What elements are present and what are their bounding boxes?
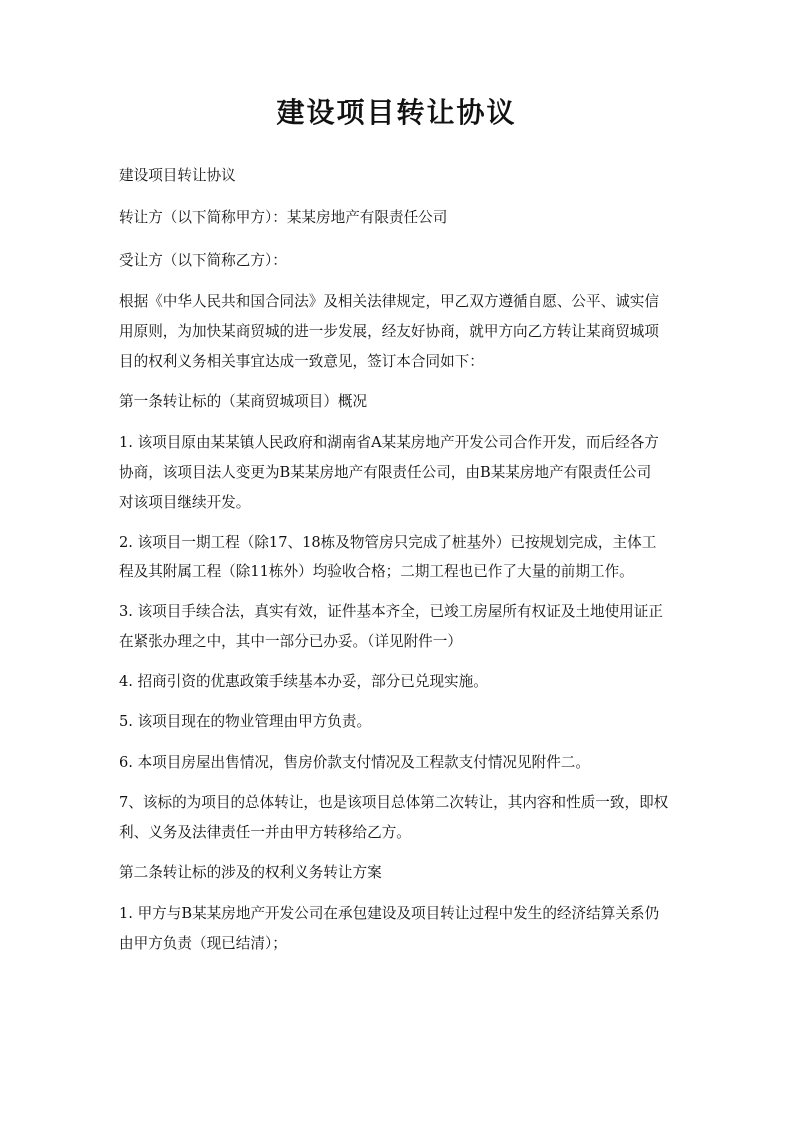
paragraph-line: 由甲方负责（现已结清）； [119,934,287,954]
paragraph-line: 对该项目继续开发。 [119,493,250,513]
paragraph-line: 6. 本项目房屋出售情况，售房价款支付情况及工程款支付情况见附件二。 [119,753,590,773]
paragraph-line: 利、义务及法律责任一并由甲方转移给乙方。 [119,823,411,843]
paragraph-line: 建设项目转让协议 [119,166,236,186]
paragraph-line: 第二条转让标的涉及的权利义务转让方案 [119,863,382,883]
paragraph-line: 3. 该项目手续合法，真实有效，证件基本齐全，已竣工房屋所有权证及土地使用证正 [119,602,663,622]
document-page: 建设项目转让协议 建设项目转让协议转让方（以下简称甲方）：某某房地产有限责任公司… [0,0,793,1122]
paragraph-line: 转让方（以下简称甲方）：某某房地产有限责任公司 [119,208,447,228]
paragraph-line: 1. 该项目原由某某镇人民政府和湖南省A某某房地产开发公司合作开发，而后经各方 [119,433,659,453]
paragraph-line: 受让方（以下简称乙方）： [119,251,287,271]
paragraph-line: 在紧张办理之中，其中一部分已办妥。（详见附件一） [119,632,462,652]
document-title: 建设项目转让协议 [0,93,793,133]
paragraph-line: 7、该标的为项目的总体转让，也是该项目总体第二次转让，其内容和性质一致，即权 [119,793,668,813]
paragraph-line: 程及其附属工程（除11栋外）均验收合格；二期工程也已作了大量的前期工作。 [119,562,634,582]
paragraph-line: 4. 招商引资的优惠政策手续基本办妥，部分已兑现实施。 [119,672,488,692]
paragraph-line: 根据《中华人民共和国合同法》及相关法律规定，甲乙双方遵循自愿、公平、诚实信 [119,292,659,312]
paragraph-line: 用原则，为加快某商贸城的进一步发展，经友好协商，就甲方向乙方转让某商贸城项 [119,322,659,342]
paragraph-line: 第一条转让标的（某商贸城项目）概况 [119,392,367,412]
paragraph-line: 协商，该项目法人变更为B某某房地产有限责任公司，由B某某房地产有限责任公司 [119,463,651,483]
paragraph-line: 1. 甲方与B某某房地产开发公司在承包建设及项目转让过程中发生的经济结算关系仍 [119,904,659,924]
paragraph-line: 5. 该项目现在的物业管理由甲方负责。 [119,712,371,732]
paragraph-line: 目的权利义务相关事宜达成一致意见，签订本合同如下： [119,352,484,372]
paragraph-line: 2. 该项目一期工程（除17、18栋及物管房只完成了桩基外）已按规划完成，主体工 [119,533,656,553]
